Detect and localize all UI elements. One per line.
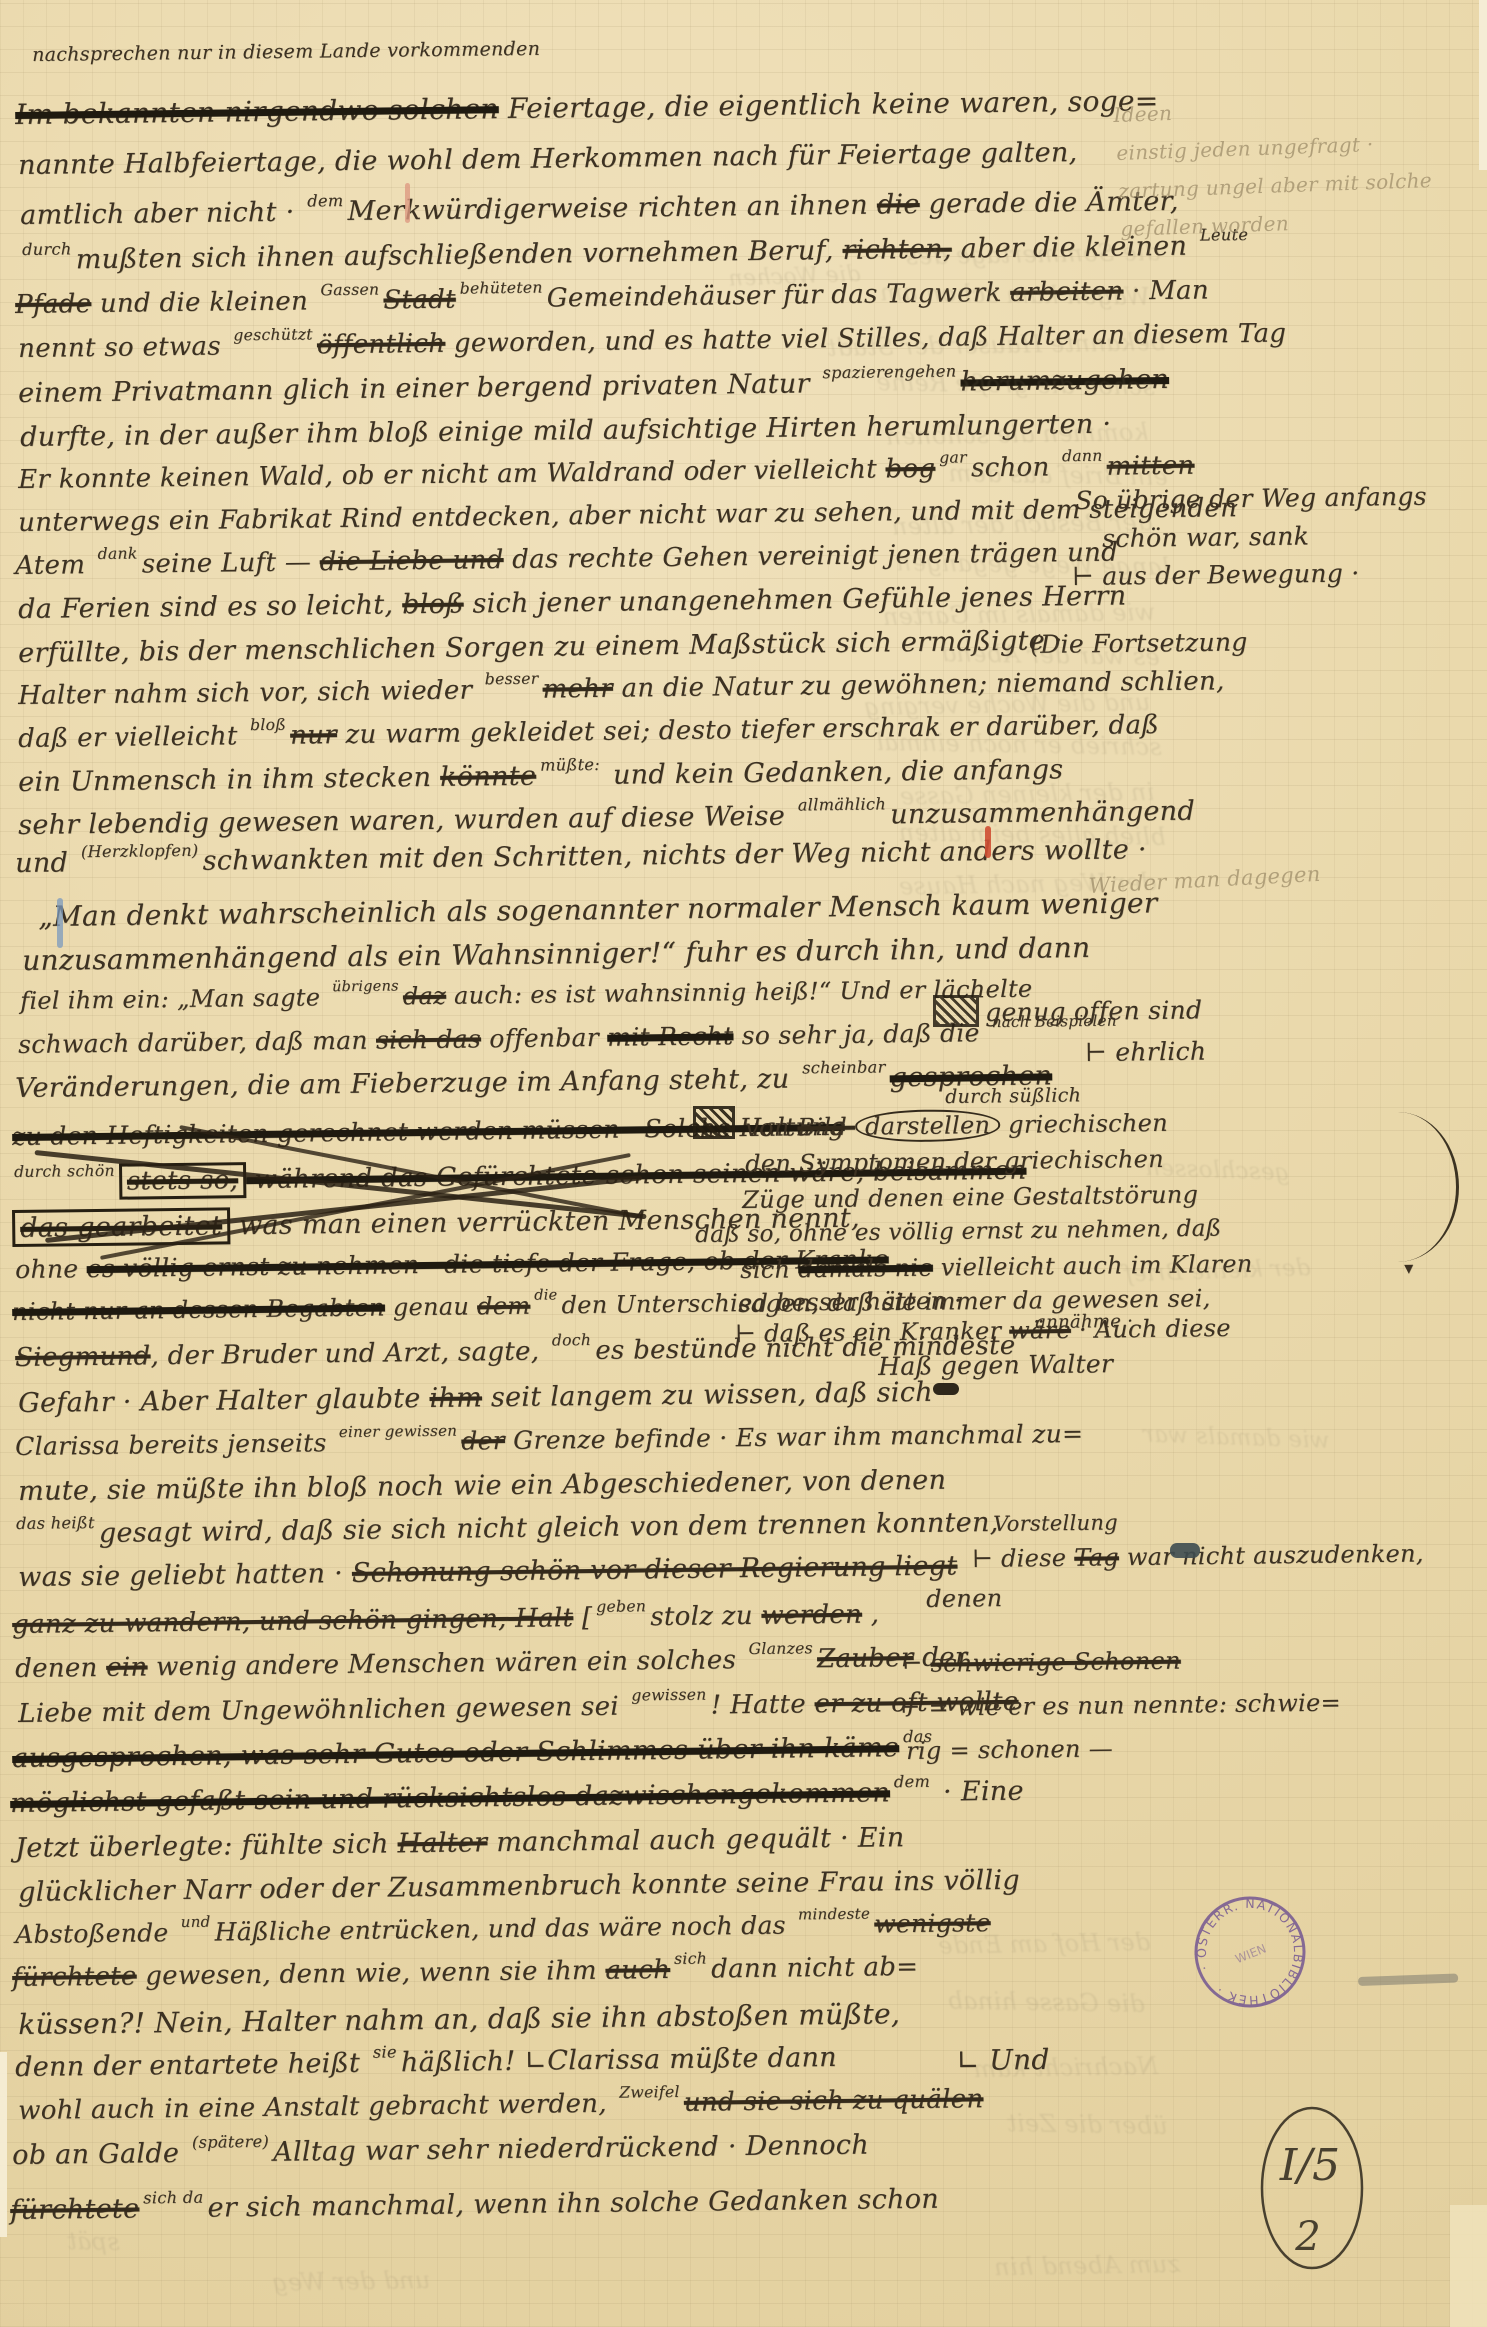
handwriting-segment: sehr lebendig gewesen waren, wurden auf … (18, 801, 794, 841)
handwriting-segment: stolz zu (650, 1601, 761, 1632)
red-pencil-tick (985, 826, 991, 858)
handwriting-segment: erfüllte, bis der menschlichen Sorgen zu… (18, 625, 1063, 669)
handwritten-line: möglichst gefaßt sein und rücksichtslos … (10, 1776, 1024, 1819)
ink-bleedthrough-line: ein Brief aus dem (948, 459, 1168, 491)
pencil-note: gefallen worden (1120, 211, 1289, 241)
handwriting-segment: die Sommertage des (905, 238, 1161, 270)
ink-bleedthrough-line: Nachricht kam (973, 2052, 1159, 2083)
ink-bleedthrough-line: es war der Abend (940, 639, 1160, 671)
page-number-circle: I/5 2 (1248, 2100, 1378, 2280)
handwriting-segment: Bild (797, 1113, 855, 1142)
handwriting-segment: küssen?! Nein, Halter nahm an, daß sie i… (18, 1997, 900, 2041)
handwriting-segment: genug offen sind (985, 995, 1202, 1027)
handwriting-segment: der Besuch der alten (891, 508, 1152, 541)
handwriting-segment: ihm (429, 1382, 482, 1414)
handwriting-segment: es war der Abend (940, 639, 1160, 671)
handwriting-segment: wie damals im Garten (882, 598, 1155, 631)
handwriting-segment: besser (485, 670, 539, 689)
handwriting-segment: schwach darüber, daß man (18, 1026, 376, 1059)
handwriting-segment: gefallen worden (1120, 211, 1289, 241)
handwriting-segment: mute, sie müßte ihn bloß noch wie ein Ab… (18, 1465, 946, 1507)
handwritten-line: glücklicher Narr oder der Zusammenbruch … (18, 1865, 1020, 1908)
handwriting-segment: die Wochen (728, 262, 861, 292)
handwriting-segment: nicht nur an dessen Begabten (12, 1293, 385, 1326)
handwritten-line: das heißtgesagt wird, daß sie sich nicht… (12, 1507, 999, 1550)
handwriting-segment: und (181, 1913, 211, 1931)
handwriting-segment: Vorstellung (993, 1510, 1118, 1536)
handwriting-segment: Jetzt überlegte: fühlte sich (15, 1828, 398, 1864)
handwriting-segment: Ideen (1113, 101, 1173, 127)
handwriting-segment: was sie geliebt hatten · (18, 1558, 352, 1593)
handwriting-segment: durch (22, 239, 72, 259)
handwriting-segment: einer gewissen (339, 1422, 458, 1441)
ink-bleedthrough-line: schrieb er noch einmal (876, 728, 1162, 761)
handwriting-segment: häßlich! ∟Clarissa müßte dann (401, 2042, 837, 2078)
handwriting-segment: bekannte Häuser der Stadt (826, 328, 1165, 362)
handwriting-segment: blieb alles beim alten (898, 818, 1166, 851)
handwriting-segment: Zweifel (619, 2083, 680, 2102)
handwritten-line: mute, sie müßte ihn bloß noch wie ein Ab… (18, 1465, 946, 1507)
handwriting-segment: nachsprechen nur in diesem Lande vorkomm… (32, 38, 540, 66)
handwritten-line: Veränderungen, die am Fieberzuge im Anfa… (15, 1060, 1052, 1104)
handwritten-line: Jetzt überlegte: fühlte sich Halter manc… (15, 1822, 905, 1864)
handwriting-segment: Merkwürdigerweise richten an ihnen (347, 190, 877, 227)
handwriting-segment: öffentlich (317, 329, 446, 361)
ink-bleedthrough-line: und der Weg (272, 2266, 431, 2297)
ink-bleedthrough-line: die Wochen (728, 262, 861, 292)
handwriting-segment: wie damals war (1142, 1421, 1330, 1454)
handwriting-segment: offenbar (481, 1023, 608, 1054)
handwriting-segment: und die kleinen (91, 286, 317, 319)
handwritten-line: was sie geliebt hatten · Schonung schön … (18, 1551, 958, 1593)
handwriting-segment: seine Luft — (142, 547, 320, 579)
handwritten-line: erfüllte, bis der menschlichen Sorgen zu… (18, 625, 1063, 669)
handwriting-segment: Halter (397, 1827, 487, 1859)
handwriting-segment: · Eine (934, 1776, 1024, 1808)
handwriting-segment: ⊢ daß es ein Kranker (735, 1317, 1009, 1348)
margin-annotation: sagen, daß sie immer da gewesen sei, (738, 1284, 1211, 1318)
handwriting-segment: Schonung schön vor dieser Regierung lieg… (352, 1551, 958, 1589)
handwritten-line: fiel ihm ein: „Man sagte übrigensdaz auc… (20, 975, 1033, 1015)
ink-bleedthrough-line: bekannte Häuser der Stadt (826, 328, 1165, 362)
pencil-smudge (1358, 1974, 1458, 1986)
handwriting-segment: Gefahr · Aber Halter glaubte (18, 1383, 430, 1419)
handwriting-segment: ⌐ = wie er es nun nennte: schwie= (900, 1689, 1341, 1722)
handwriting-segment: müßte: (540, 755, 600, 775)
handwriting-segment: Züge und denen eine Gestaltstörung (742, 1180, 1198, 1214)
ink-blot (1170, 1543, 1200, 1558)
handwriting-segment: sich da (143, 2188, 203, 2208)
handwriting-segment: das heißt (16, 1513, 95, 1533)
hatched-box-symbol (693, 1106, 735, 1139)
handwritten-line: ganz zu wandern, und schön gingen, Halt … (12, 1599, 879, 1640)
handwritten-line: amtlich aber nicht · demMerkwürdigerweis… (20, 186, 1179, 231)
ink-bleedthrough-line: der Hof am Ende (938, 1928, 1151, 1960)
ink-bleedthrough-line: in der kleinen Gasse (899, 778, 1154, 810)
handwriting-segment: denen (15, 1653, 106, 1684)
handwriting-segment: zartung ungel aber mit solche (1118, 168, 1432, 203)
handwriting-segment: bloß (250, 716, 286, 734)
handwriting-segment: Pfade (15, 289, 92, 320)
handwriting-segment: der kleine Brief (1123, 1255, 1311, 1288)
handwriting-segment: Halter nahm sich vor, sich wieder (18, 675, 481, 711)
handwriting-segment: ⊢ diese (972, 1544, 1074, 1573)
handwriting-segment: mehr (542, 674, 613, 705)
handwriting-segment: lange Wege gegangen (895, 548, 1170, 581)
handwriting-segment: , der Bruder und Arzt, sagte, (150, 1336, 548, 1371)
ink-bleedthrough-line: lange Wege gegangen (895, 548, 1170, 581)
handwriting-segment: da Ferien sind es so leicht, (18, 589, 402, 625)
ink-bleedthrough-line: die Gasse hinab (947, 1987, 1145, 2018)
handwriting-segment: Siegmund (15, 1341, 151, 1373)
handwritten-line: ausgesprochen, was sehr Gutes oder Schli… (12, 1732, 937, 1774)
page-number-top: I/5 (1279, 2140, 1340, 2191)
handwriting-segment: sich das (376, 1024, 481, 1054)
handwriting-segment: geschlossen (1145, 1155, 1290, 1186)
handwriting-segment: ! Hatte (711, 1689, 815, 1720)
manuscript-page: nachsprechen nur in diesem Lande vorkomm… (0, 0, 1487, 2327)
handwriting-segment: gesagt wird, daß sie sich nicht gleich v… (99, 1507, 999, 1549)
handwriting-segment: darstellen (855, 1109, 1001, 1143)
ink-bleedthrough-line: geschlossen (1145, 1155, 1290, 1186)
handwriting-segment: kommen die schönen (885, 418, 1148, 451)
margin-annotation: Vorstellung (993, 1510, 1118, 1536)
handwriting-segment: Veränderungen, die am Fieberzuge im Anfa… (15, 1063, 798, 1104)
handwriting-segment: wäre (1009, 1316, 1071, 1345)
ink-bleedthrough-line: zum Abend hin (994, 2250, 1181, 2281)
handwriting-segment: , (862, 1599, 880, 1629)
handwriting-segment: könnte (440, 761, 536, 793)
handwritten-line: Clarissa bereits jenseits einer gewissen… (15, 1419, 1083, 1461)
handwriting-segment: ⊢ ehrlich (1085, 1037, 1206, 1067)
handwriting-segment: daz (403, 982, 447, 1011)
pencil-note: zartung ungel aber mit solche (1118, 168, 1432, 203)
pencil-note: Ideen (1113, 101, 1173, 127)
handwriting-segment: Im bekannten nirgendwo solchen (15, 92, 499, 131)
connector-arrow-arc (1398, 1112, 1459, 1262)
margin-annotation: von Bild darstellen griechischen (745, 1107, 1168, 1144)
handwriting-segment: genau (385, 1292, 477, 1321)
handwriting-segment: wenig andere Menschen wären ein solches (147, 1645, 745, 1682)
handwriting-segment: und der Weg (272, 2266, 431, 2297)
handwriting-segment: ausgesprochen, was sehr Gutes oder Schli… (12, 1732, 899, 1774)
handwriting-segment: damals nie (798, 1254, 933, 1284)
margin-annotation: Haß gegen Walter (878, 1349, 1113, 1381)
handwriting-segment: Tag (1074, 1543, 1119, 1572)
ink-bleedthrough-line: der Weg nach Hause (899, 868, 1157, 900)
margin-annotation: ⌐ = wie er es nun nennte: schwie= (900, 1689, 1341, 1722)
handwriting-segment: Stadt (383, 285, 456, 316)
handwriting-segment: fürchtete (10, 2193, 140, 2226)
handwritten-line: Liebe mit dem Ungewöhnlichen gewesen sei… (18, 1687, 1019, 1729)
handwriting-segment: Feiertage, die eigentlich keine waren, s… (499, 84, 1159, 125)
handwriting-segment: Glanzes (748, 1639, 813, 1658)
handwriting-segment: auch (605, 1955, 670, 1986)
handwriting-segment: und die Woche verging (864, 688, 1151, 721)
handwriting-segment: übrigens (332, 978, 399, 995)
handwriting-segment: rig = schonen — (906, 1734, 1113, 1765)
pencil-note: einstig jeden ungefragt · (1116, 132, 1374, 165)
paper-edge (1479, 0, 1487, 170)
handwriting-segment: Abstoßende (15, 1918, 177, 1949)
ink-bleedthrough-line: wie damals im Garten (882, 598, 1155, 631)
handwriting-segment: dem (477, 1292, 531, 1321)
handwriting-segment: ein Unmensch in ihm stecken (18, 762, 440, 798)
handwriting-segment: Alltag war sehr niederdrückend · Dennoch (273, 2130, 869, 2168)
margin-annotation: ⊢ daß es ein Kranker wäre · Auch diese (735, 1314, 1231, 1348)
handwriting-segment: einem Privatmann glich in einer bergend … (18, 368, 819, 409)
margin-annotation: genug offen sind (985, 995, 1202, 1027)
handwriting-segment: griechischen (1000, 1109, 1168, 1139)
handwriting-segment: glücklicher Narr oder der Zusammenbruch … (18, 1865, 1020, 1908)
ink-bleedthrough-line: die Sommertage des (905, 238, 1161, 270)
handwriting-segment: fürchtete (12, 1961, 137, 1993)
red-pencil-tick (405, 183, 410, 223)
handwriting-segment: dank (98, 545, 138, 563)
handwriting-segment: [ (573, 1603, 592, 1633)
hatched-box-symbol (933, 995, 979, 1027)
handwriting-segment: mit Recht (607, 1021, 734, 1052)
handwriting-segment: sagen, daß sie immer da gewesen sei, (738, 1284, 1211, 1318)
handwriting-segment: schwierige Schonen (930, 1647, 1181, 1678)
ink-bleedthrough-line: spät (67, 2227, 120, 2256)
handwritten-line: Gefahr · Aber Halter glaubte ihm seit la… (18, 1377, 933, 1419)
handwriting-segment: werden (761, 1600, 862, 1631)
handwritten-line: fürchtetesich daer sich manchmal, wenn i… (10, 2184, 939, 2226)
handwriting-segment: durch süßlich (945, 1084, 1081, 1108)
handwriting-segment: war nicht auszudenken, (1119, 1539, 1424, 1571)
handwriting-segment: zum Abend hin (994, 2250, 1181, 2281)
handwriting-segment: gewissen (631, 1686, 706, 1705)
handwriting-segment: Atem (15, 550, 94, 581)
handwriting-segment: Haß gegen Walter (878, 1349, 1113, 1381)
handwriting-segment: die Gasse hinab (947, 1987, 1145, 2018)
handwritten-line: wohl auch in eine Anstalt gebracht werde… (18, 2084, 984, 2126)
handwriting-segment: allmählich (798, 794, 887, 814)
handwriting-segment: die (534, 1287, 557, 1303)
handwriting-segment: Wagen kam schon am (880, 278, 1150, 311)
handwriting-segment: die Liebe und (319, 545, 503, 577)
handwriting-segment: bog (885, 454, 935, 485)
handwriting-segment: der (461, 1426, 505, 1456)
page-number-bottom: 2 (1294, 2214, 1320, 2260)
margin-annotation: rig = schonen — (906, 1734, 1113, 1765)
handwriting-segment: geben (596, 1597, 646, 1616)
handwriting-segment: nur (290, 720, 337, 751)
handwriting-segment: fiel ihm ein: „Man sagte (20, 983, 328, 1015)
handwriting-segment: Nachricht kam (973, 2052, 1159, 2083)
handwriting-segment: ob an Galde (12, 2138, 188, 2171)
margin-annotation: durch süßlich (945, 1084, 1081, 1108)
handwriting-segment: sie (373, 2042, 397, 2061)
handwriting-segment: er sich manchmal, wenn ihn solche Gedank… (207, 2184, 939, 2224)
handwriting-segment: bloß (402, 589, 464, 621)
ink-bleedthrough-line: blieb alles beim alten (898, 818, 1166, 851)
margin-annotation: ⊢ ehrlich (1085, 1037, 1206, 1067)
handwriting-segment: dem (894, 1772, 930, 1791)
handwriting-segment: ein (106, 1652, 148, 1683)
handwriting-segment: spät (67, 2227, 120, 2256)
ink-bleedthrough-line: wie damals war (1142, 1421, 1330, 1454)
handwriting-segment: scheinbar (802, 1057, 886, 1077)
margin-annotation: Züge und denen eine Gestaltstörung (742, 1180, 1198, 1214)
handwritten-line: fürchtete gewesen, denn wie, wenn sie ih… (12, 1952, 918, 1993)
handwriting-segment: sich (674, 1950, 707, 1968)
handwriting-segment: nannte Halbfeiertage, die wohl dem Herko… (18, 137, 1078, 181)
handwriting-segment: seit langem zu wissen, daß sich (482, 1377, 933, 1414)
handwriting-segment: dann nicht ab= (711, 1952, 918, 1985)
handwriting-segment: ⌐ (902, 1650, 931, 1678)
margin-annotation: daß so, ohne es völlig ernst zu nehmen, … (695, 1216, 1222, 1248)
handwriting-segment: in der kleinen Gasse (899, 778, 1154, 810)
handwriting-segment: behüteten (460, 279, 543, 298)
ink-bleedthrough-line: der kleine Brief (1123, 1255, 1311, 1288)
handwriting-segment: manchmal auch gequält · Ein (487, 1822, 904, 1858)
ink-bleedthrough-line: kommen die schönen (885, 418, 1148, 451)
handwriting-segment: Liebe mit dem Ungewöhnlichen gewesen sei (18, 1692, 628, 1729)
handwriting-segment: durch schön (14, 1162, 115, 1181)
ink-bleedthrough-line: Wagen kam schon am (880, 278, 1150, 311)
handwriting-segment: ganz zu wandern, und schön gingen, Halt (12, 1603, 573, 1640)
handwritten-line: küssen?! Nein, Halter nahm an, daß sie i… (18, 1997, 900, 2041)
stamp-center-text: WIEN (1233, 1941, 1268, 1966)
handwritten-line: unzusammenhängend als ein Wahnsinniger!“… (22, 931, 1091, 977)
handwritten-line: denn der entartete heißt siehäßlich! ∟Cl… (15, 2042, 837, 2083)
handwriting-segment: ohne (15, 1254, 87, 1284)
handwriting-segment: schon die große Reihe (876, 368, 1155, 401)
paper-edge (1450, 2205, 1487, 2327)
margin-annotation: denen (926, 1584, 1003, 1613)
blue-pencil-tick (57, 898, 63, 948)
ink-blot (933, 1383, 959, 1395)
handwriting-segment: gewesen, denn wie, wenn sie ihm (136, 1956, 605, 1992)
handwritten-line: denen ein wenig andere Menschen wären ei… (15, 1642, 968, 1684)
handwriting-segment: wohl auch in eine Anstalt gebracht werde… (18, 2089, 616, 2126)
handwriting-segment: · Auch diese (1071, 1314, 1231, 1344)
handwriting-segment: denn der entartete heißt (15, 2048, 369, 2083)
interline-addition: nachsprechen nur in diesem Lande vorkomm… (32, 38, 540, 66)
ink-bleedthrough-line: schon die große Reihe (876, 368, 1155, 401)
handwriting-segment: Zauber (817, 1643, 914, 1674)
handwriting-segment: von (745, 1113, 798, 1142)
handwriting-segment: doch (552, 1331, 592, 1349)
handwriting-segment: geschützt (233, 325, 313, 344)
handwriting-segment: und sie sich zu quälen (684, 2084, 984, 2118)
handwriting-segment: mindeste (798, 1905, 870, 1924)
ink-bleedthrough-line: über die Zeit (1006, 2109, 1168, 2140)
handwriting-segment: Grenze befinde · Es war ihm manchmal zu= (505, 1419, 1084, 1455)
handwriting-segment: die (877, 189, 920, 221)
handwriting-segment: nennt so etwas (18, 331, 230, 364)
handwriting-segment: möglichst gefaßt sein und rücksichtslos … (10, 1777, 890, 1819)
handwriting-segment: den Symptomen der griechischen (745, 1145, 1164, 1178)
ink-bleedthrough-line: und die Woche verging (864, 688, 1151, 721)
handwriting-segment: dem (307, 191, 343, 210)
handwriting-segment: der Hof am Ende (938, 1928, 1151, 1960)
handwriting-segment: Gassen (320, 281, 379, 300)
handwriting-segment: sich (740, 1255, 798, 1284)
handwriting-segment: (Herzklopfen) (81, 841, 199, 861)
handwriting-segment: einstig jeden ungefragt · (1116, 132, 1374, 165)
handwriting-segment: ein Brief aus dem (948, 459, 1168, 491)
handwriting-segment: denen (926, 1584, 1003, 1613)
handwriting-segment: unzusammenhängend als ein Wahnsinniger!“… (22, 931, 1091, 977)
handwriting-segment: daß so, ohne es völlig ernst zu nehmen, … (695, 1216, 1222, 1248)
handwritten-line: nannte Halbfeiertage, die wohl dem Herko… (18, 137, 1078, 181)
handwriting-segment: daß er vielleicht (18, 721, 246, 754)
handwriting-segment: Er konnte keinen Wald, ob er nicht am Wa… (18, 454, 886, 495)
margin-annotation: den Symptomen der griechischen (745, 1145, 1164, 1178)
handwriting-segment: schrieb er noch einmal (876, 728, 1162, 761)
handwriting-segment: Häßliche entrücken, und das wäre noch da… (214, 1910, 794, 1946)
handwriting-segment: amtlich aber nicht · (20, 197, 304, 231)
library-stamp: · ÖSTERR. NATIONALBIBLIOTHEK · WIEN (1159, 1861, 1341, 2043)
handwriting-segment: und (15, 847, 77, 879)
handwriting-segment: der Weg nach Hause (899, 868, 1157, 900)
handwriting-segment: (spätere) (192, 2132, 269, 2152)
handwritten-line: Abstoßende undHäßliche entrücken, und da… (15, 1908, 991, 1949)
handwriting-segment: Clarissa bereits jenseits (15, 1428, 335, 1461)
margin-annotation: ⌐ schwierige Schonen (902, 1647, 1181, 1678)
handwriting-segment: über die Zeit (1006, 2109, 1168, 2140)
paper-edge (0, 2052, 7, 2237)
ink-bleedthrough-line: der Besuch der alten (891, 508, 1152, 541)
handwritten-line: Im bekannten nirgendwo solchen Feiertage… (15, 84, 1159, 131)
handwritten-line: ob an Galde (spätere)Alltag war sehr nie… (12, 2130, 869, 2171)
